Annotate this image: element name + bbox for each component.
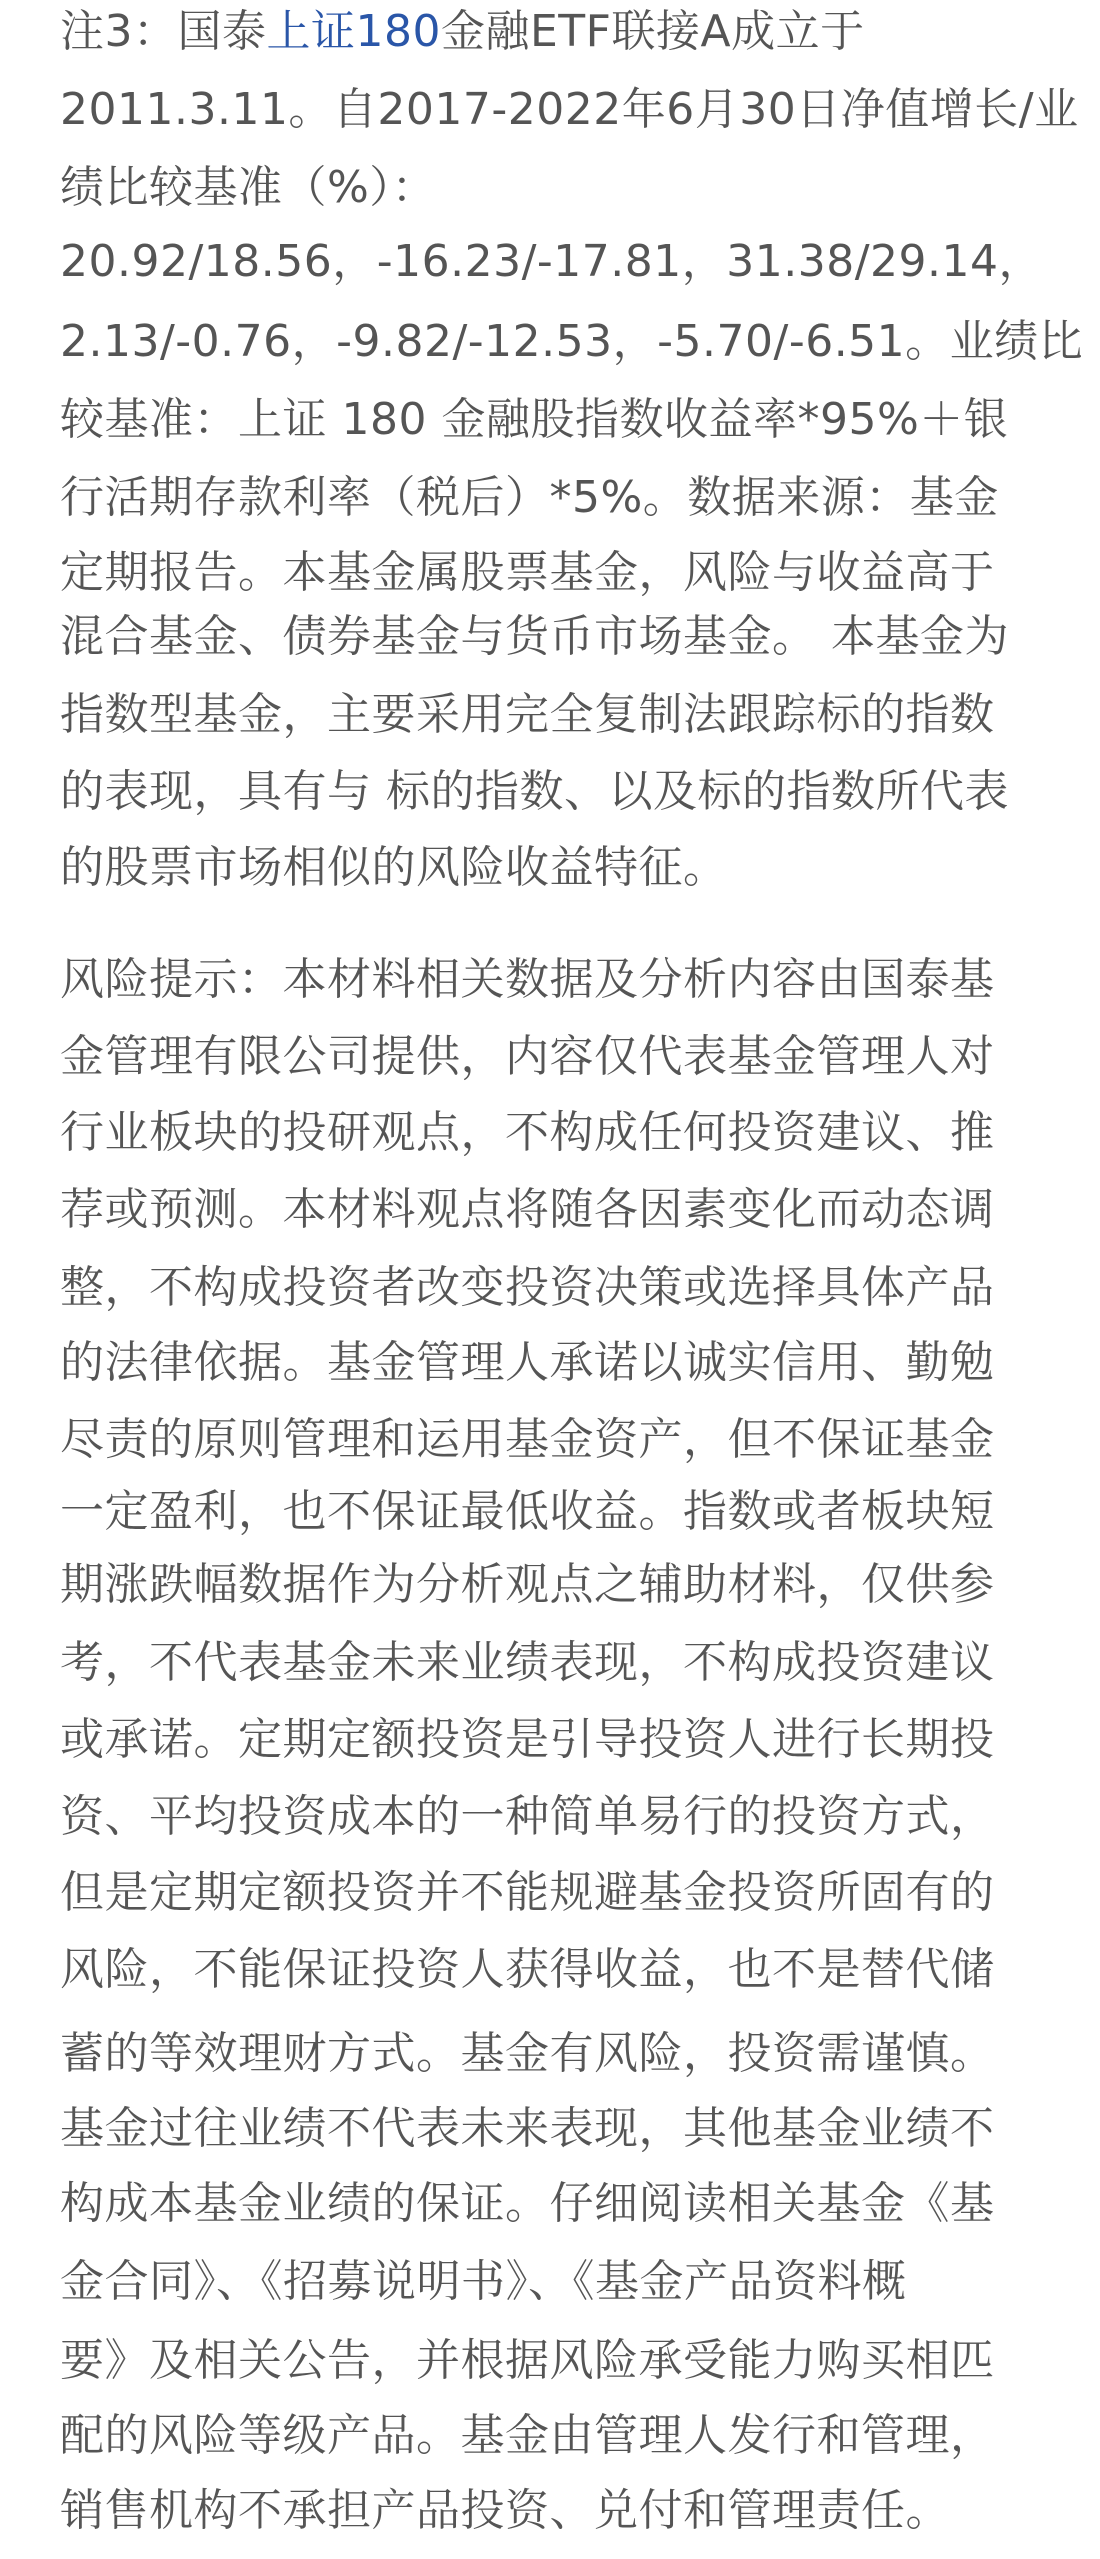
text-line: 指数型基金，主要采用完全复制法跟踪标的指数 — [60, 685, 1040, 745]
text-line: 荐或预测。本材料观点将随各因素变化而动态调 — [60, 1180, 1040, 1240]
index-link[interactable]: 上证180 — [267, 6, 441, 57]
text-line: 的法律依据。基金管理人承诺以诚实信用、勤勉 — [60, 1333, 1040, 1393]
text-line: 整，不构成投资者改变投资决策或选择具体产品 — [60, 1258, 1040, 1318]
text-line: 风险提示：本材料相关数据及分析内容由国泰基 — [60, 950, 1040, 1010]
text-line: 构成本基金业绩的保证。仔细阅读相关基金《基 — [60, 2174, 1040, 2234]
text-line: 金合同》、《招募说明书》、《基金产品资料概 — [60, 2252, 1040, 2312]
text-line: 资、平均投资成本的一种简单易行的投资方式， — [60, 1787, 1040, 1847]
text-line: 或承诺。定期定额投资是引导投资人进行长期投 — [60, 1710, 1040, 1770]
text-line: 风险，不能保证投资人获得收益，也不是替代储 — [60, 1940, 1040, 2000]
text-line: 20.92/18.56，-16.23/-17.81，31.38/29.14， — [60, 232, 1040, 292]
text-line: 金管理有限公司提供，内容仅代表基金管理人对 — [60, 1027, 1040, 1087]
text-line: 但是定期定额投资并不能规避基金投资所固有的 — [60, 1863, 1040, 1923]
text-line: 注3：国泰上证180金融ETF联接A成立于 — [60, 2, 1040, 62]
text-line: 2.13/-0.76，-9.82/-12.53，-5.70/-6.51。业绩比 — [60, 312, 1040, 372]
text-line: 一定盈利，也不保证最低收益。指数或者板块短 — [60, 1482, 1040, 1542]
text-line: 期涨跌幅数据作为分析观点之辅助材料，仅供参 — [60, 1555, 1040, 1615]
text-line: 蓄的等效理财方式。基金有风险，投资需谨慎。 — [60, 2024, 1040, 2084]
text-line: 的表现，具有与 标的指数、以及标的指数所代表 — [60, 762, 1040, 822]
text-line: 行活期存款利率（税后）*5%。数据来源：基金 — [60, 468, 1040, 528]
text-line: 的股票市场相似的风险收益特征。 — [60, 838, 1040, 898]
text-line: 绩比较基准（%）： — [60, 158, 1040, 218]
text-line: 混合基金、债券基金与货币市场基金。 本基金为 — [60, 607, 1040, 667]
text-line: 定期报告。本基金属股票基金，风险与收益高于 — [60, 543, 1040, 603]
note3-suffix: 金融ETF联接A成立于 — [441, 6, 865, 57]
text-line: 2011.3.11。自2017-2022年6月30日净值增长/业 — [60, 80, 1040, 140]
text-line: 销售机构不承担产品投资、兑付和管理责任。 — [60, 2481, 1040, 2541]
text-line: 配的风险等级产品。基金由管理人发行和管理， — [60, 2406, 1040, 2466]
text-line: 尽责的原则管理和运用基金资产，但不保证基金 — [60, 1410, 1040, 1470]
disclaimer-document: 注3：国泰上证180金融ETF联接A成立于 2011.3.11。自2017-20… — [0, 0, 1100, 2559]
text-line: 行业板块的投研观点，不构成任何投资建议、推 — [60, 1103, 1040, 1163]
note3-prefix: 注3：国泰 — [60, 6, 267, 57]
text-line: 较基准：上证 180 金融股指数收益率*95%＋银 — [60, 390, 1040, 450]
text-line: 基金过往业绩不代表未来表现，其他基金业绩不 — [60, 2099, 1040, 2159]
text-line: 考，不代表基金未来业绩表现，不构成投资建议 — [60, 1633, 1040, 1693]
text-line: 要》及相关公告，并根据风险承受能力购买相匹 — [60, 2331, 1040, 2391]
